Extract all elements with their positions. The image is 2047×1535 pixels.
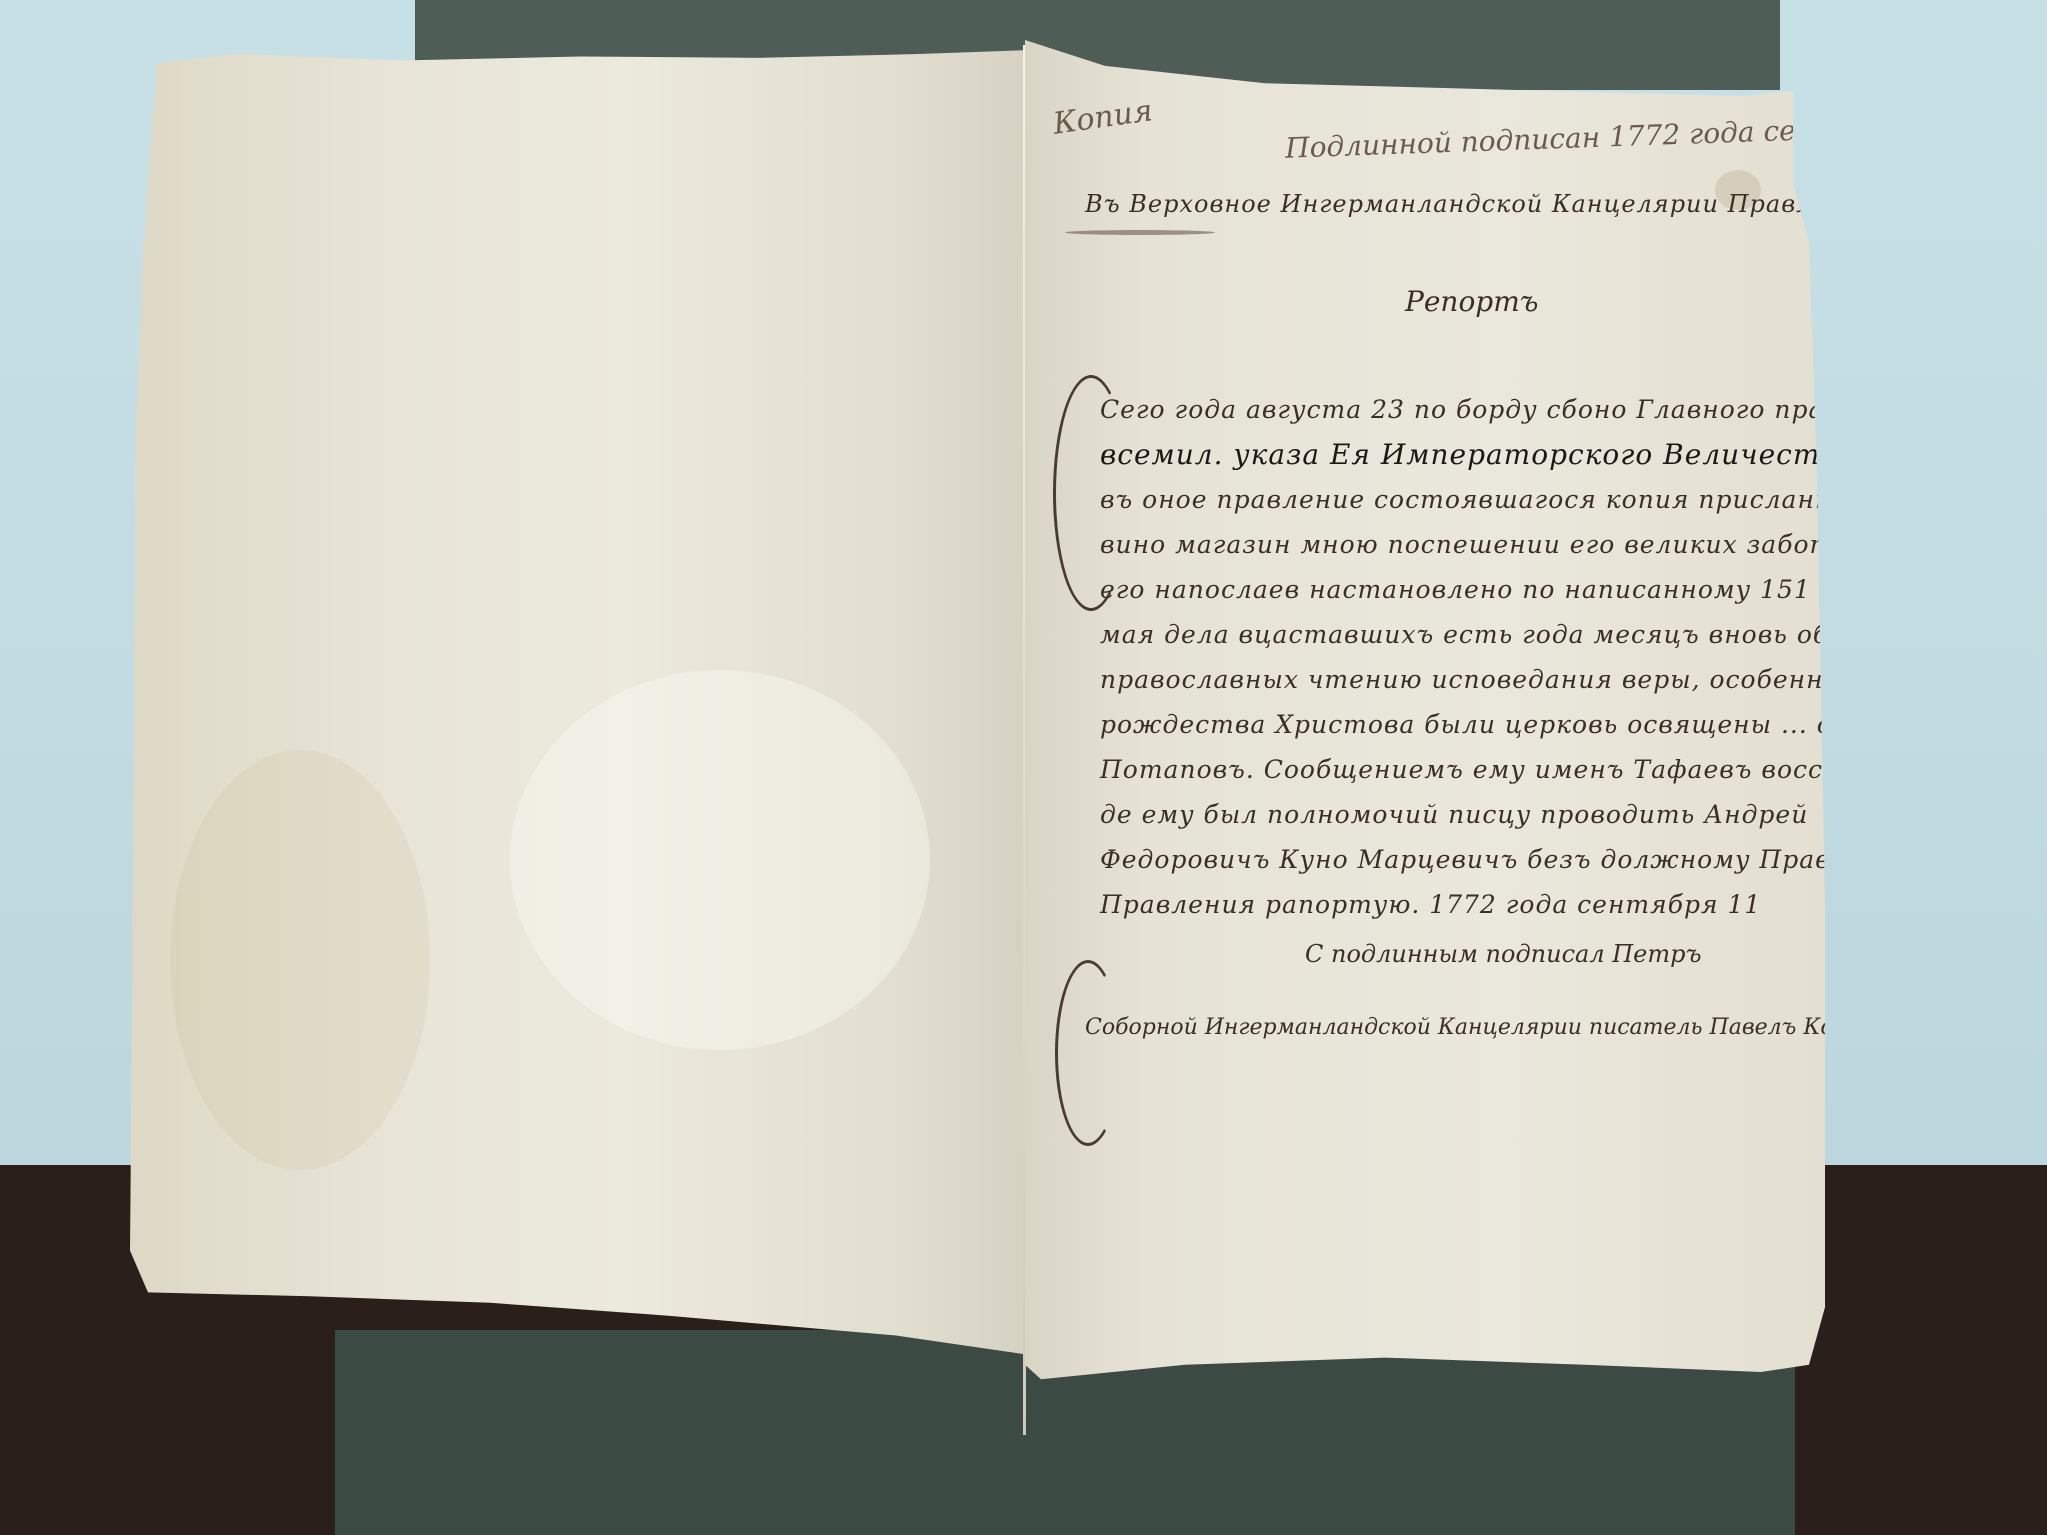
body-line: Федоровичъ Куно Марцевичъ безъ должному …	[1100, 845, 1921, 874]
corner-note: Копия	[1051, 93, 1155, 142]
body-line: въ оное правление состоявшагося копия пр…	[1100, 485, 1886, 514]
signature-flourish	[1055, 960, 1121, 1146]
right-page: Копия Подлинной подписан 1772 года сентя…	[1025, 40, 1825, 1480]
body-line: рождества Христова были церковь освящены…	[1100, 710, 1911, 739]
body-line: де ему был полномочий писцу проводить Ан…	[1100, 800, 1808, 829]
left-page-blank	[130, 50, 1030, 1355]
body-line: вино магазин мною поспешении его великих…	[1100, 530, 1883, 559]
body-line: Сего года августа 23 по борду сбоно Глав…	[1100, 395, 1925, 424]
light-glare	[510, 670, 930, 1050]
document-title: Репортъ	[1405, 285, 1538, 318]
addressee: Въ Верховное Ингерманландской Канцелярии…	[1085, 190, 1876, 218]
paper-stain	[170, 750, 430, 1170]
closing-line: С подлинным подписал Петръ	[1305, 940, 1701, 968]
underline-flourish	[1065, 230, 1215, 235]
document: Копия Подлинной подписан 1772 года сентя…	[120, 40, 1830, 1500]
body-line: Правления рапортую. 1772 года сентября 1…	[1100, 890, 1761, 919]
signature-line: Соборной Ингерманландской Канцелярии пис…	[1085, 1015, 1895, 1040]
body-line: всемил. указа Ея Императорского Величест…	[1100, 438, 1855, 471]
body-line: его напослаев настановлено по написанном…	[1100, 575, 1882, 604]
